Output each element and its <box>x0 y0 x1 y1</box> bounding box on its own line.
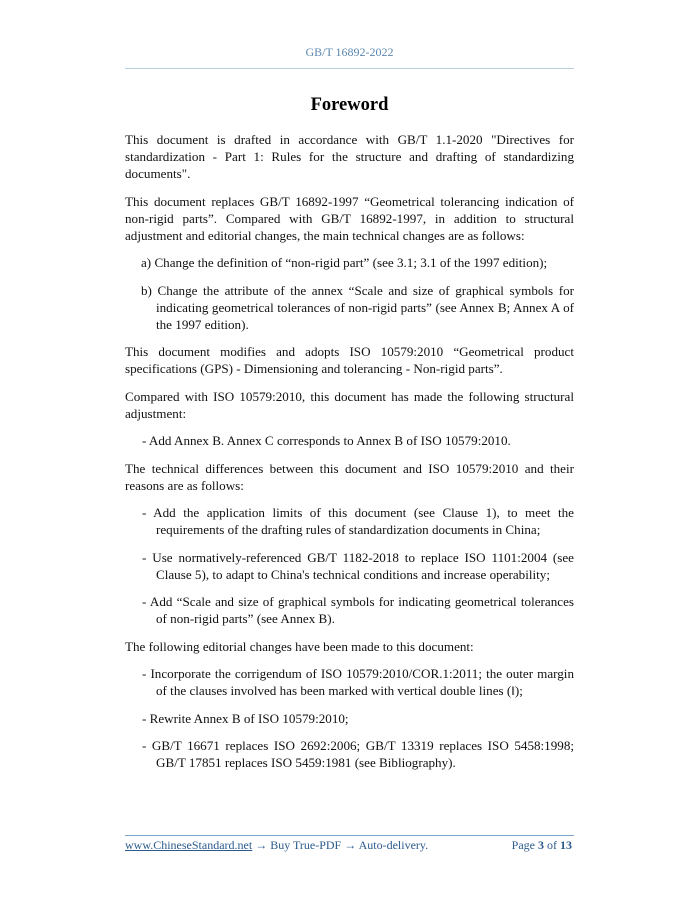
document-body: Foreword This document is drafted in acc… <box>125 93 574 782</box>
page-footer: www.ChineseStandard.net → Buy True-PDF →… <box>125 835 574 856</box>
buy-text: Buy True-PDF <box>270 838 341 852</box>
current-page: 3 <box>538 838 544 852</box>
website-link[interactable]: www.ChineseStandard.net <box>125 838 252 852</box>
list-item: b) Change the attribute of the annex “Sc… <box>125 282 574 333</box>
delivery-text: Auto-delivery. <box>359 838 429 852</box>
list-item: - GB/T 16671 replaces ISO 2692:2006; GB/… <box>125 737 574 771</box>
page-number: Page 3 of 13 <box>512 838 572 853</box>
page-title: Foreword <box>125 93 574 117</box>
paragraph-adopts: This document modifies and adopts ISO 10… <box>125 343 574 377</box>
paragraph-technical-differences: The technical differences between this d… <box>125 460 574 494</box>
list-item: - Incorporate the corrigendum of ISO 105… <box>125 665 574 699</box>
list-item: - Add “Scale and size of graphical symbo… <box>125 593 574 627</box>
list-item: a) Change the definition of “non-rigid p… <box>125 254 574 271</box>
total-pages: 13 <box>560 838 572 852</box>
paragraph-drafting-basis: This document is drafted in accordance w… <box>125 131 574 182</box>
list-item: - Add Annex B. Annex C corresponds to An… <box>125 432 574 449</box>
page-label: Page <box>512 838 535 852</box>
list-item: - Rewrite Annex B of ISO 10579:2010; <box>125 710 574 727</box>
paragraph-editorial-changes: The following editorial changes have bee… <box>125 638 574 655</box>
paragraph-replaces: This document replaces GB/T 16892-1997 “… <box>125 193 574 244</box>
paragraph-structural-adjustment: Compared with ISO 10579:2010, this docum… <box>125 388 574 422</box>
document-code: GB/T 16892-2022 <box>125 45 574 60</box>
arrow-right-icon: → <box>344 838 356 852</box>
arrow-right-icon: → <box>255 838 267 852</box>
footer-promo: www.ChineseStandard.net → Buy True-PDF →… <box>125 838 428 853</box>
page-header: GB/T 16892-2022 <box>125 0 574 69</box>
of-label: of <box>547 838 557 852</box>
list-item: - Use normatively-referenced GB/T 1182-2… <box>125 549 574 583</box>
list-item: - Add the application limits of this doc… <box>125 504 574 538</box>
